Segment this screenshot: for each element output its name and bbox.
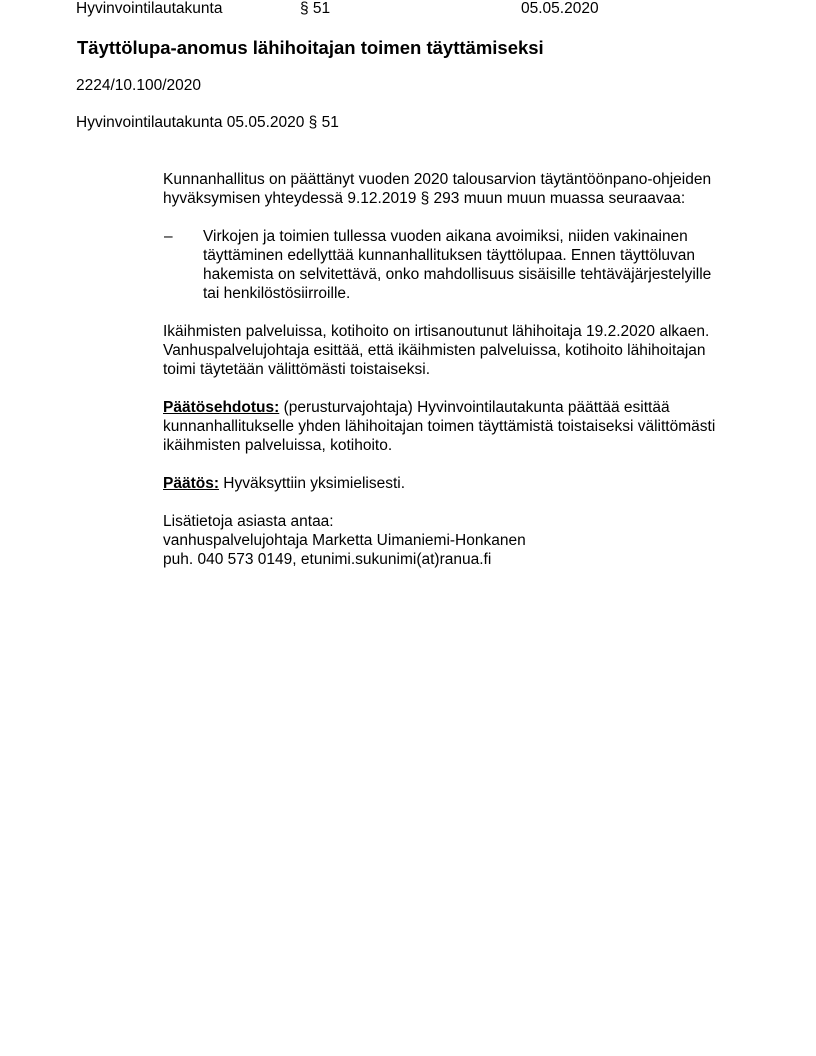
proposal-label: Päätösehdotus:: [163, 399, 279, 416]
dash-marker: –: [164, 227, 173, 246]
bullet-item: – Virkojen ja toimien tullessa vuoden ai…: [163, 227, 763, 303]
background-paragraph: Ikäihmisten palveluissa, kotihoito on ir…: [163, 322, 763, 379]
decision-paragraph: Päätös: Hyväksyttiin yksimielisesti.: [163, 474, 763, 493]
header-organ: Hyvinvointilautakunta: [76, 0, 222, 18]
intro-paragraph: Kunnanhallitus on päättänyt vuoden 2020 …: [163, 170, 763, 208]
decision-label: Päätös:: [163, 475, 219, 492]
document-title: Täyttölupa-anomus lähihoitajan toimen tä…: [77, 37, 544, 59]
meeting-reference: Hyvinvointilautakunta 05.05.2020 § 51: [76, 114, 339, 132]
contact-paragraph: Lisätietoja asiasta antaa: vanhuspalvelu…: [163, 512, 763, 569]
document-body: Kunnanhallitus on päättänyt vuoden 2020 …: [163, 170, 763, 588]
header-date: 05.05.2020: [521, 0, 599, 18]
header-section: § 51: [300, 0, 330, 18]
proposal-paragraph: Päätösehdotus: (perusturvajohtaja) Hyvin…: [163, 398, 763, 455]
diary-number: 2224/10.100/2020: [76, 77, 201, 95]
